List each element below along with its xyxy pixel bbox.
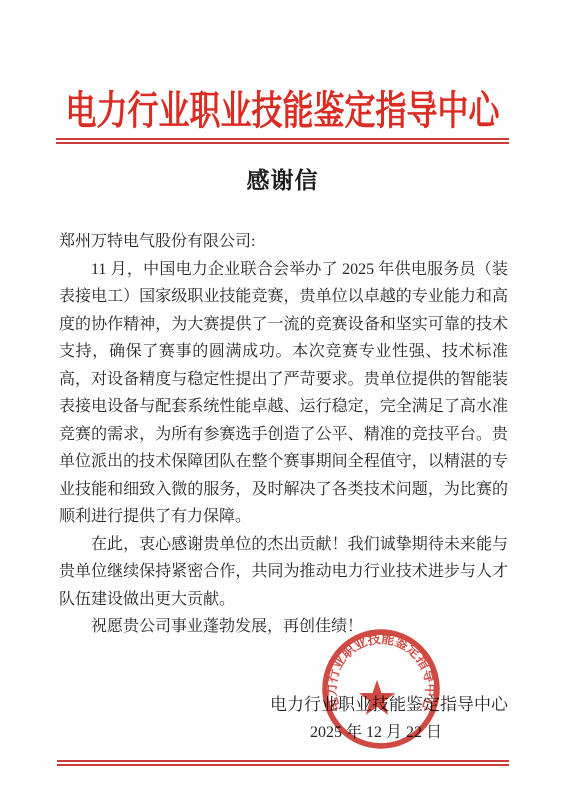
salutation: 郑州万特电气股份有限公司: (59, 228, 508, 256)
letter-title: 感谢信 (0, 167, 565, 195)
letter-body: 郑州万特电气股份有限公司: 11 月，中国电力企业联合会举办了 2025 年供电… (59, 228, 508, 641)
paragraph-3: 祝愿贵公司事业蓬勃发展，再创佳绩！ (59, 613, 508, 641)
paragraph-1: 11 月，中国电力企业联合会举办了 2025 年供电服务员（装表接电工）国家级职… (59, 256, 508, 531)
letterhead-org-name: 电力行业职业技能鉴定指导中心 (66, 78, 500, 136)
letterhead: 电力行业职业技能鉴定指导中心 (0, 0, 565, 129)
letterhead-divider (56, 138, 509, 144)
signature-org-name: 电力行业职业技能鉴定指导中心 (59, 694, 508, 716)
footer-divider (57, 760, 509, 766)
paragraph-2: 在此，衷心感谢贵单位的杰出贡献！我们诚挚期待未来能与贵单位继续保持紧密合作，共同… (59, 531, 508, 614)
signature-date: 2025 年 12 月 22 日 (59, 722, 508, 744)
letter-page: 电力行业职业技能鉴定指导中心 感谢信 郑州万特电气股份有限公司: 11 月，中国… (0, 0, 565, 800)
closing-block: 电力行业职业技能鉴定指导中心 2025 年 12 月 22 日 (59, 694, 508, 744)
